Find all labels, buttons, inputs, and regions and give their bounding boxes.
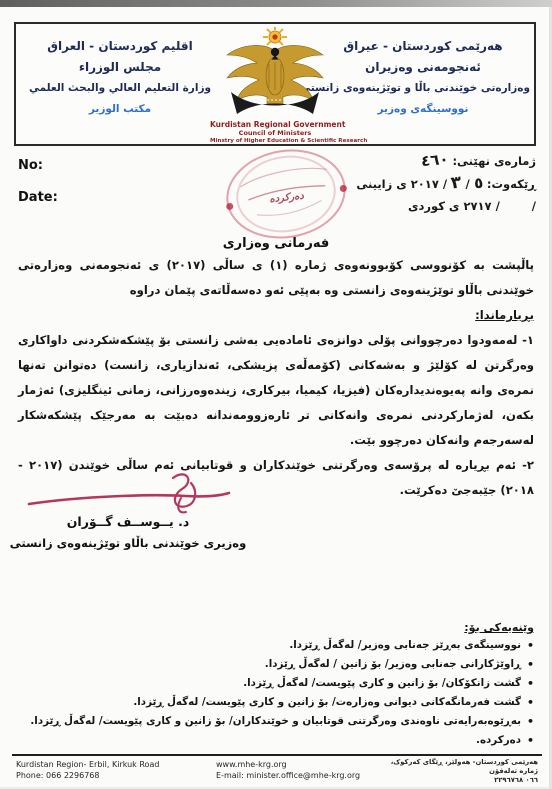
reference-date-gregorian-line: ڕێکەوت: ٥ / ٣ / ٢٠١٧ ی زایینی [356,172,536,195]
arabic-ministry-line: وزارة التعليم العالي والبحث العلمي [20,78,220,99]
order-body: پاڵپشت بە کۆنووسی کۆبوونەوەی ژمارە (١) ی… [18,253,534,503]
copy-item: دەرکردە. [30,734,536,747]
footer-address-en: Kurdistan Region- Erbil, Kirkuk Road Pho… [16,759,159,781]
scan-artifact-band [0,0,552,7]
kurdish-office-line: نووسینگەی وەزیر [316,103,530,115]
footer-address-ku-line2: ٠٦٦ ٢٢٩٦٧٦٨ [373,776,538,785]
stamp-dot-right [339,184,347,192]
approval-stamp: دەرکردە [220,141,352,247]
copy-to-list: وێنەیەکی بۆ: نووسینگەی بەڕێز جەنابی وەزی… [30,621,536,753]
copy-to-items: نووسینگەی بەڕێز جەنابی وەزیر/ لەگەڵ ڕێزد… [30,639,536,747]
english-government-line: Kurdistan Regional Government [210,120,340,129]
date-day-handwritten: ٥ [473,172,484,195]
order-intro-paragraph: پاڵپشت بە کۆنووسی کۆبوونەوەی ژمارە (١) ی… [18,253,534,303]
footer-address-line: Kurdistan Region- Erbil, Kirkuk Road [16,759,159,770]
copy-to-heading: وێنەیەکی بۆ: [30,621,534,634]
signatory-title: وەزیری خوێندنی باڵاو توێژینەوەی زانستی [8,536,248,550]
kurdish-ministry-line: وەزارەتی خوێندنی باڵا و توێژینەوەی زانست… [316,78,530,99]
footer-divider [12,754,542,756]
scanned-document-page: هەرێمی کوردستان - عیراق ئەنجومەنی وەزیرا… [0,0,552,789]
reference-block: ژمارەی نهێنی: ٤٦٠ ڕێکەوت: ٥ / ٣ / ٢٠١٧ ی… [356,149,536,217]
date-slash: / [465,177,469,191]
copy-item: ڕاوێژکارانی جەنابی وەزیر/ بۆ زانین / لەگ… [30,658,536,671]
date-label: Date: [18,190,58,205]
date-year-suffix: / ٢٠١٧ ی زایینی [356,177,447,191]
copy-item: نووسینگەی بەڕێز جەنابی وەزیر/ لەگەڵ ڕێزد… [30,639,536,652]
copy-item: بەڕێوەبەرایەتی ناوەندی وەرگرتنی قوتابیان… [30,715,536,728]
emblem-block: Kurdistan Regional Government Council of… [210,26,340,145]
date-gregorian-label: ڕێکەوت: [487,177,536,191]
signature-ink-scribble [23,468,233,514]
letterhead-kurdish: هەرێمی کوردستان - عیراق ئەنجومەنی وەزیرا… [316,36,530,115]
reference-number-handwritten: ٤٦٠ [420,148,449,172]
order-item-1: ١- لەمەودوا دەرچووانی پۆلی دوانزەی ئاماد… [18,328,534,453]
footer-contact-web: www.mhe-krg.org E-mail: minister.office@… [216,759,360,781]
signature-block: د. یــوســف گــۆران وەزیری خوێندنی باڵاو… [8,468,248,550]
reference-number-label: ژمارەی نهێنی: [452,154,536,168]
order-title: فەرمانی وەزاری [0,236,552,251]
reference-number-line: ژمارەی نهێنی: ٤٦٠ [356,149,536,172]
kurdish-region-line: هەرێمی کوردستان - عیراق [316,36,530,57]
decision-heading: بڕیارماندا: [18,303,534,328]
copy-item: گشت فەرمانگەکانی دیوانی وەزارەت/ بۆ زانی… [30,696,536,709]
arabic-office-line: مكتب الوزير [20,103,220,115]
date-month-handwritten: ٣ [450,171,463,194]
footer-address-ku-line1: هەرێمی کوردستان- هەولێر، ڕێگای کەرکوک، ژ… [373,758,538,776]
arabic-council-line: مجلس الوزراء [20,57,220,78]
footer-phone-line: Phone: 066 2296768 [16,770,159,781]
footer-website: www.mhe-krg.org [216,759,360,770]
letterhead-arabic: اقليم كوردستان - العراق مجلس الوزراء وزا… [20,36,220,115]
copy-item: گشت زانکۆکان/ بۆ زانین و کاری پێویست/ لە… [30,677,536,690]
kurdish-council-line: ئەنجومەنی وەزیران [316,57,530,78]
footer-address-ku: هەرێمی کوردستان- هەولێر، ڕێگای کەرکوک، ژ… [373,758,538,785]
letterhead-box: هەرێمی کوردستان - عیراق ئەنجومەنی وەزیرا… [14,22,536,146]
no-label: No: [18,158,43,173]
english-council-line: Council of Ministers [210,129,340,137]
footer-email: E-mail: minister.office@mhe-krg.org [216,770,360,781]
kurdistan-eagle-emblem [217,26,333,116]
signatory-name: د. یــوســف گــۆران [8,514,248,529]
reference-date-kurdish-line: / / ٢٧١٧ ی کوردی [356,195,536,217]
arabic-region-line: اقليم كوردستان - العراق [20,36,220,57]
